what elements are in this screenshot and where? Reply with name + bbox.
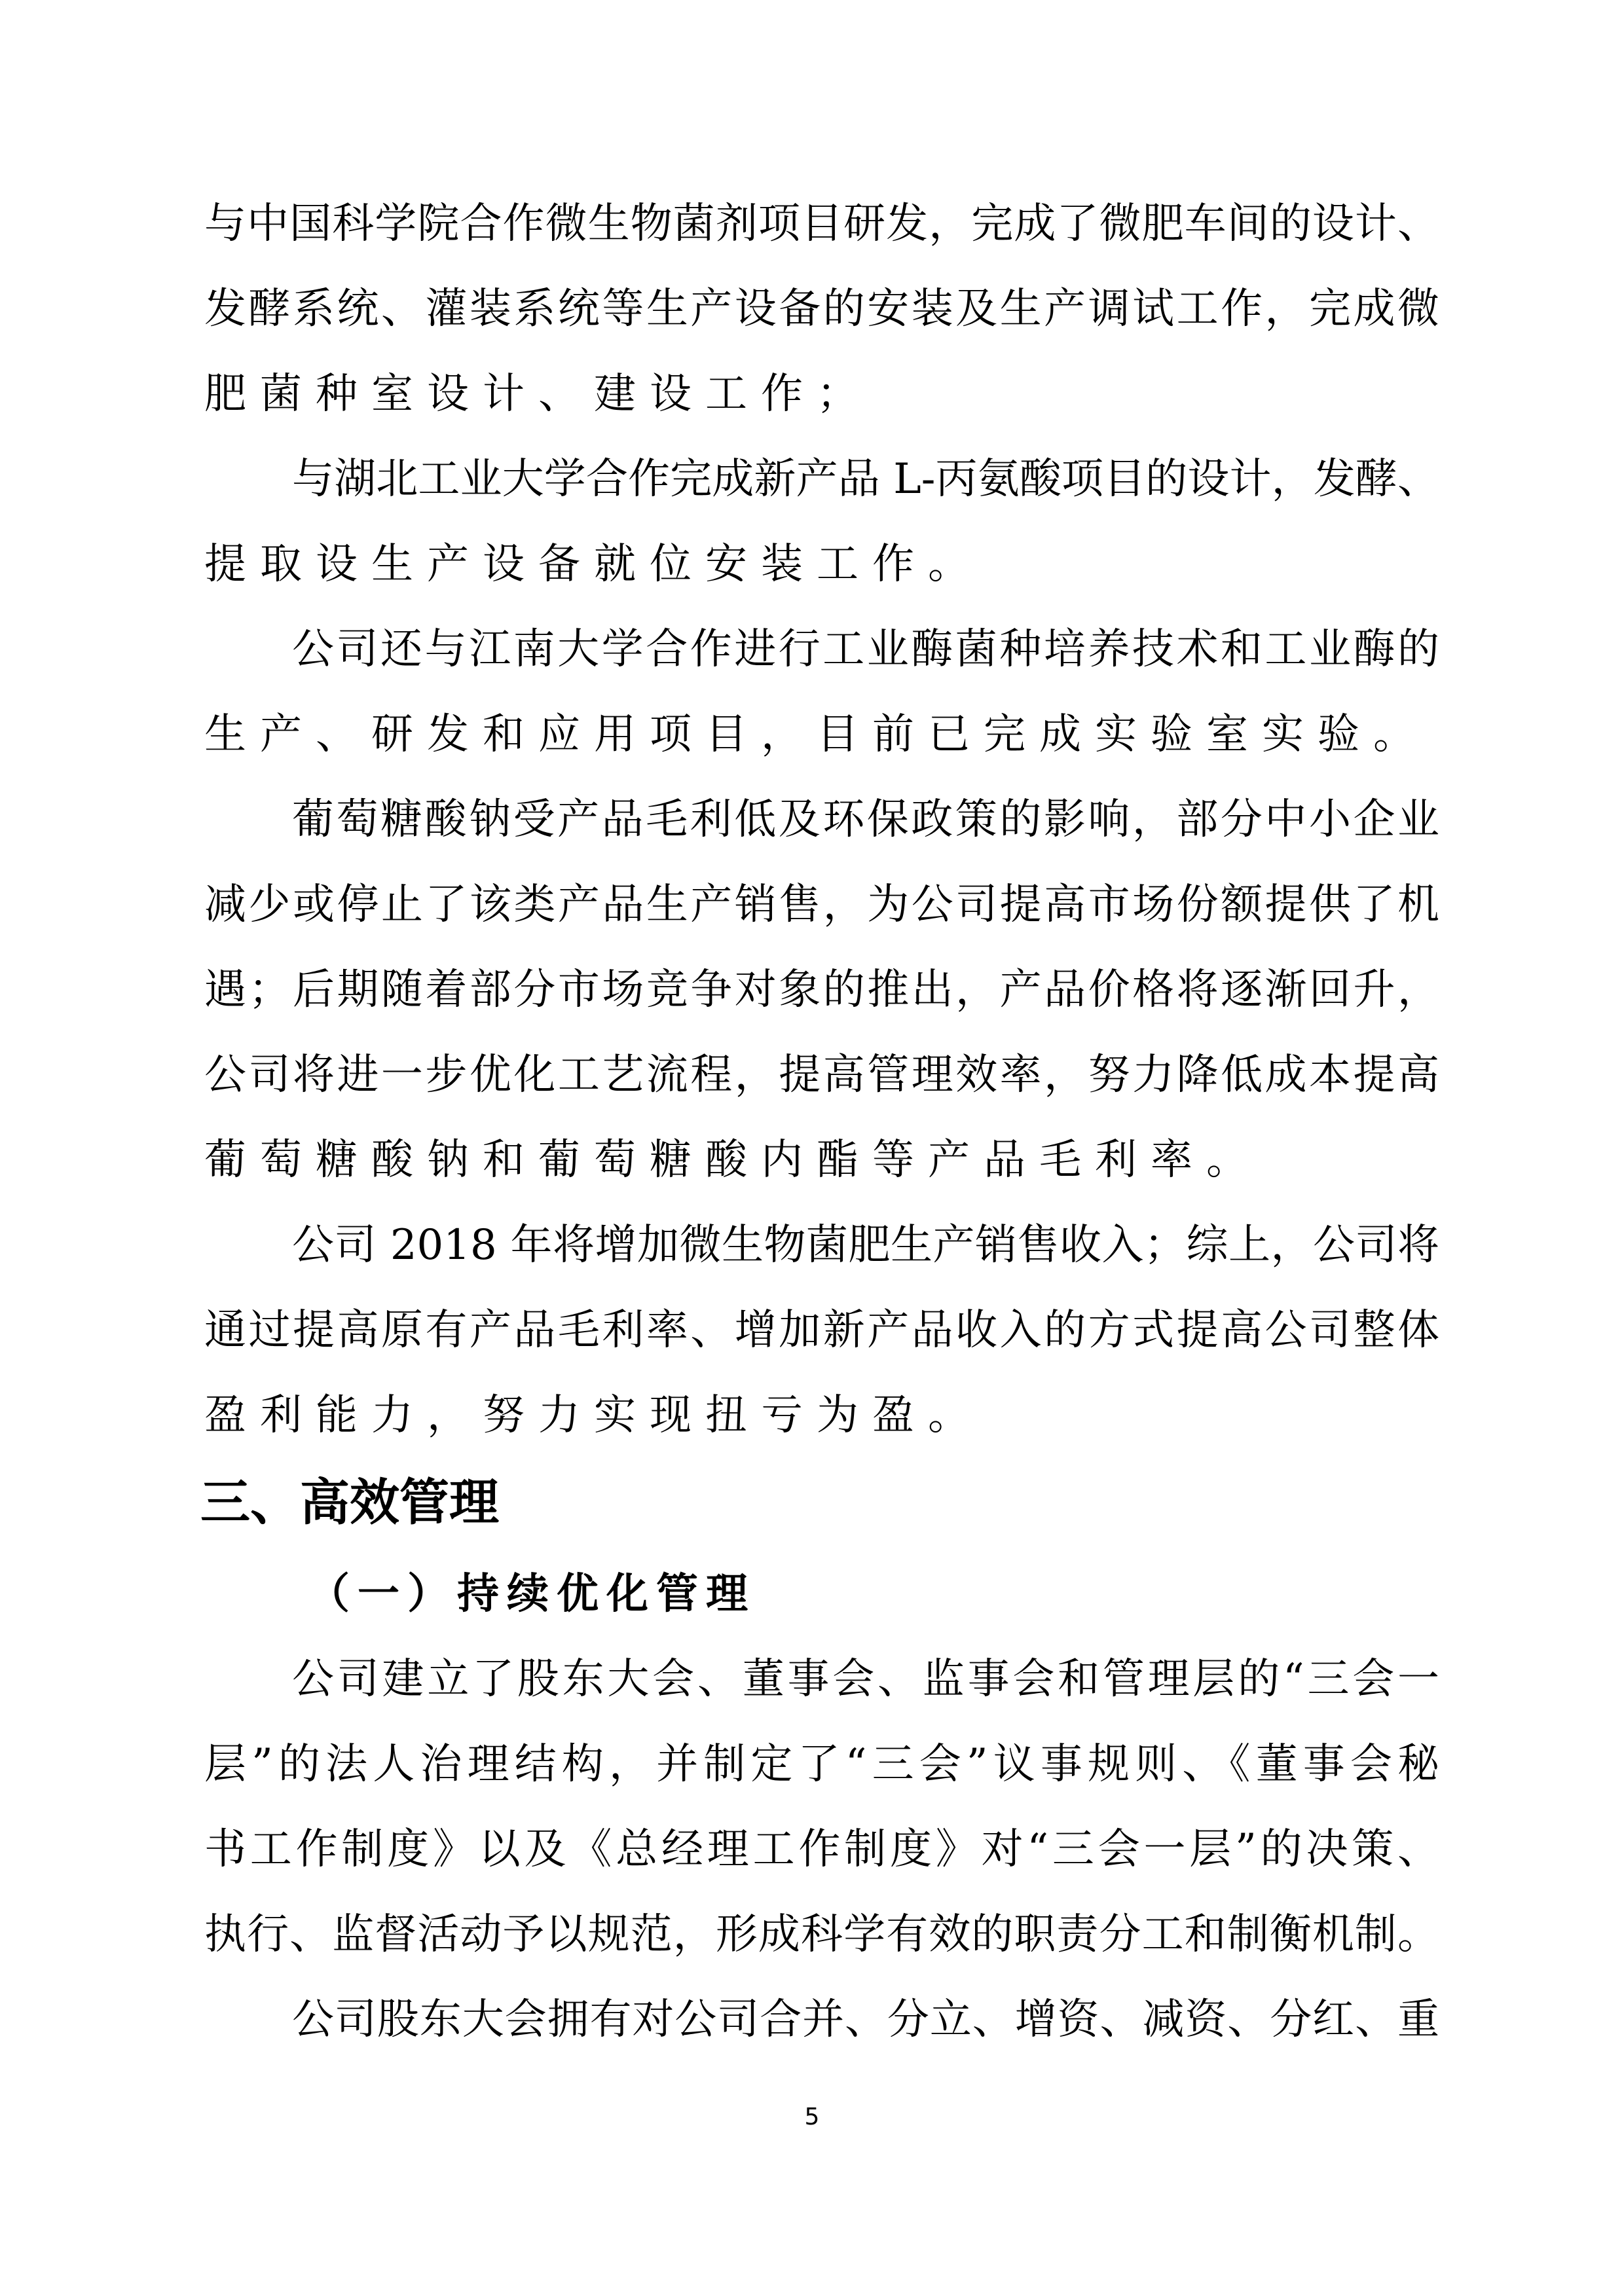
section-heading: 三、高效管理 bbox=[200, 1460, 499, 1545]
body-line: 与湖北工业大学合作完成新产品 L-丙氨酸项目的设计，发酵、 bbox=[292, 437, 1439, 522]
body-line: 公司建立了股东大会、董事会、监事会和管理层的“三会一 bbox=[292, 1637, 1439, 1722]
body-line: 发酵系统、灌装系统等生产设备的安装及生产调试工作，完成微 bbox=[204, 266, 1439, 352]
body-line: 层”的法人治理结构，并制定了“三会”议事规则、《董事会秘 bbox=[204, 1722, 1439, 1807]
body-line: 公司 2018 年将增加微生物菌肥生产销售收入；综上，公司将 bbox=[292, 1203, 1439, 1288]
body-line: 公司还与江南大学合作进行工业酶菌种培养技术和工业酶的 bbox=[292, 607, 1439, 692]
subsection-heading: （一）持续优化管理 bbox=[308, 1552, 756, 1637]
body-line: 遇；后期随着部分市场竞争对象的推出，产品价格将逐渐回升， bbox=[204, 947, 1439, 1032]
body-line: 肥菌种室设计、建设工作； bbox=[204, 352, 1439, 437]
body-line: 与中国科学院合作微生物菌剂项目研发，完成了微肥车间的设计、 bbox=[204, 181, 1439, 266]
body-line: 通过提高原有产品毛利率、增加新产品收入的方式提高公司整体 bbox=[204, 1288, 1439, 1373]
body-line: 公司股东大会拥有对公司合并、分立、增资、减资、分红、重 bbox=[292, 1977, 1439, 2062]
body-line: 提取设生产设备就位安装工作。 bbox=[204, 522, 1439, 607]
body-line: 执行、监督活动予以规范，形成科学有效的职责分工和制衡机制。 bbox=[204, 1892, 1439, 1977]
document-page: 与中国科学院合作微生物菌剂项目研发，完成了微肥车间的设计、 发酵系统、灌装系统等… bbox=[0, 0, 1624, 2296]
body-line: 盈利能力，努力实现扭亏为盈。 bbox=[204, 1373, 1439, 1458]
body-line: 公司将进一步优化工艺流程，提高管理效率，努力降低成本提高 bbox=[204, 1032, 1439, 1118]
page-number: 5 bbox=[0, 2103, 1624, 2132]
body-line: 减少或停止了该类产品生产销售，为公司提高市场份额提供了机 bbox=[204, 862, 1439, 947]
body-line: 书工作制度》以及《总经理工作制度》对“三会一层”的决策、 bbox=[204, 1807, 1439, 1892]
body-line: 葡萄糖酸钠和葡萄糖酸内酯等产品毛利率。 bbox=[204, 1118, 1439, 1203]
body-line: 葡萄糖酸钠受产品毛利低及环保政策的影响，部分中小企业 bbox=[292, 777, 1439, 862]
body-line: 生产、研发和应用项目，目前已完成实验室实验。 bbox=[204, 692, 1439, 777]
